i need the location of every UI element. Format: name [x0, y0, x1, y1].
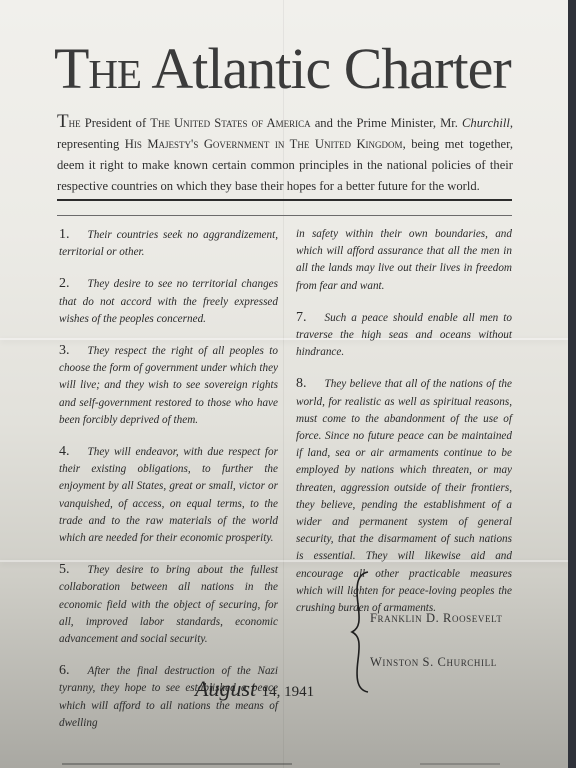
- charter-point-1: 1.Their countries seek no aggrandizement…: [59, 226, 278, 261]
- drop-cap: T: [57, 111, 69, 132]
- charter-point-8: 8.They believe that all of the nations o…: [296, 375, 512, 617]
- background-edge: [568, 0, 576, 768]
- printer-credit-line: [62, 763, 292, 765]
- points-column-right: in safety within their own boundaries, a…: [296, 226, 512, 631]
- title-main: Atlantic Charter: [151, 36, 510, 101]
- signature-churchill: Winston S. Churchill: [370, 655, 497, 670]
- preamble: The President of The United States of Am…: [57, 111, 513, 197]
- charter-date: August 14, 1941: [195, 676, 314, 702]
- divider-thin: [57, 215, 512, 216]
- title-prefix: The: [54, 36, 141, 101]
- date-month: August: [195, 676, 256, 701]
- brace-icon: [346, 570, 372, 694]
- charter-point-5: 5.They desire to bring about the fullest…: [59, 561, 278, 648]
- document-title: The Atlantic Charter: [54, 40, 534, 98]
- printer-credit-line-right: [420, 763, 500, 765]
- atlantic-charter-poster: The Atlantic Charter The President of Th…: [0, 0, 568, 768]
- charter-point-2: 2.They desire to see no territorial chan…: [59, 275, 278, 328]
- charter-point-6-continued: in safety within their own boundaries, a…: [296, 226, 512, 295]
- date-day-year: 14, 1941: [262, 684, 315, 700]
- charter-point-3: 3.They respect the right of all peoples …: [59, 342, 278, 429]
- divider-thick: [57, 199, 512, 201]
- charter-point-7: 7.Such a peace should enable all men to …: [296, 309, 512, 362]
- charter-point-4: 4.They will endeavor, with due respect f…: [59, 443, 278, 547]
- signature-roosevelt: Franklin D. Roosevelt: [370, 611, 502, 626]
- points-column-left: 1.Their countries seek no aggrandizement…: [59, 226, 278, 746]
